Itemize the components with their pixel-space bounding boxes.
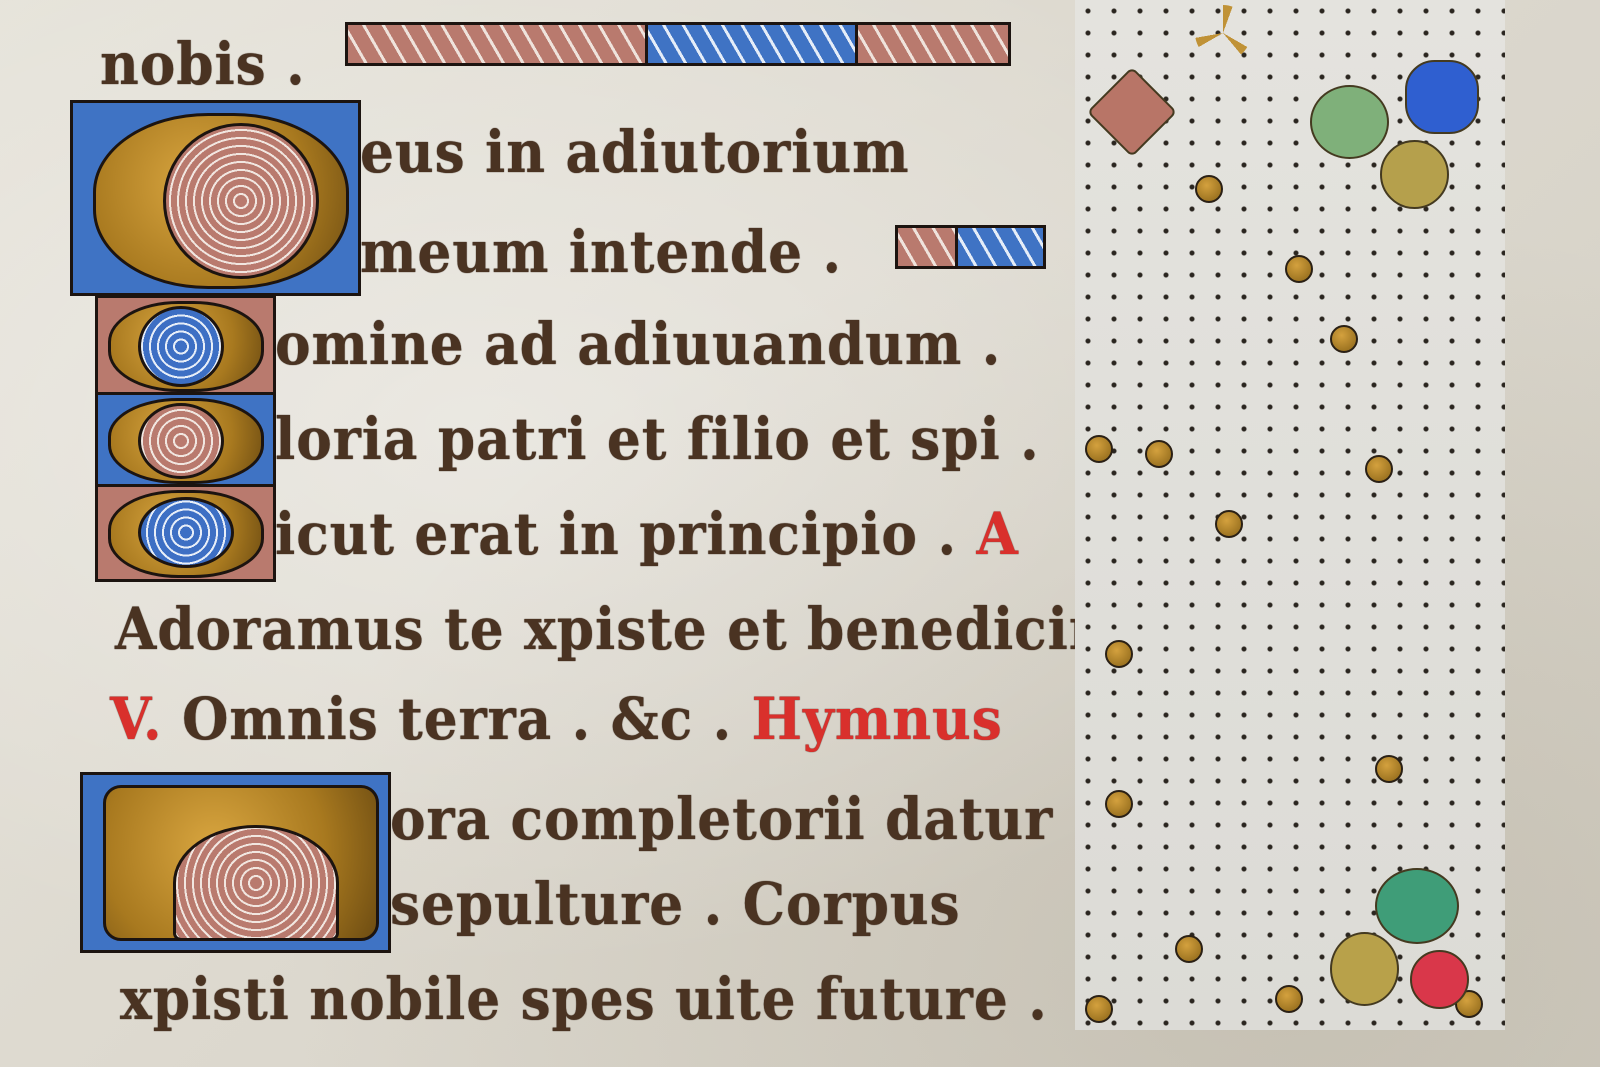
olive-leaf-bottom — [1330, 932, 1399, 1006]
line-filler-2 — [895, 225, 961, 269]
text-line-2: eus in adiutorium — [360, 118, 909, 186]
text-line-8: V. Omnis terra . &c . Hymnus — [110, 685, 1003, 753]
rubric-versicle: V. — [110, 685, 162, 753]
floral-border — [1075, 0, 1505, 1030]
initial-s — [95, 484, 276, 582]
manuscript-page: nobis . eus in adiutorium meum intende .… — [0, 0, 1600, 1067]
initial-g — [95, 392, 276, 488]
line-filler-top-blue — [645, 22, 861, 66]
text-line-10: sepulture . Corpus — [390, 870, 960, 938]
blue-flower — [1405, 60, 1479, 134]
rubric-hymnus: Hymnus — [752, 685, 1003, 753]
rubric-antiphon: A — [976, 500, 1018, 568]
line-filler-2-blue — [955, 225, 1046, 269]
initial-d-small — [95, 295, 276, 396]
text-line-1: nobis . — [100, 30, 306, 98]
green-leaf-bottom — [1375, 868, 1459, 944]
text-line-5: loria patri et filio et spi . — [275, 405, 1040, 473]
line-filler-top-end — [855, 22, 1011, 66]
text-line-6: icut erat in principio . A — [275, 500, 1019, 568]
text-line-3: meum intende . — [360, 218, 842, 286]
text-line-7: Adoramus te xpiste et benedicimus — [115, 595, 1197, 663]
red-berry — [1410, 950, 1469, 1009]
pink-triangle-flower — [1087, 67, 1178, 158]
text-line-11: xpisti nobile spes uite future . — [120, 965, 1048, 1033]
line-filler-top — [345, 22, 651, 66]
initial-d-large — [70, 100, 361, 296]
text-line-9: ora completorii datur — [390, 785, 1053, 853]
olive-leaf-top — [1380, 140, 1449, 209]
initial-h — [80, 772, 391, 953]
text-line-4: omine ad adiuuandum . — [275, 310, 1001, 378]
green-leaf-top — [1310, 85, 1389, 159]
